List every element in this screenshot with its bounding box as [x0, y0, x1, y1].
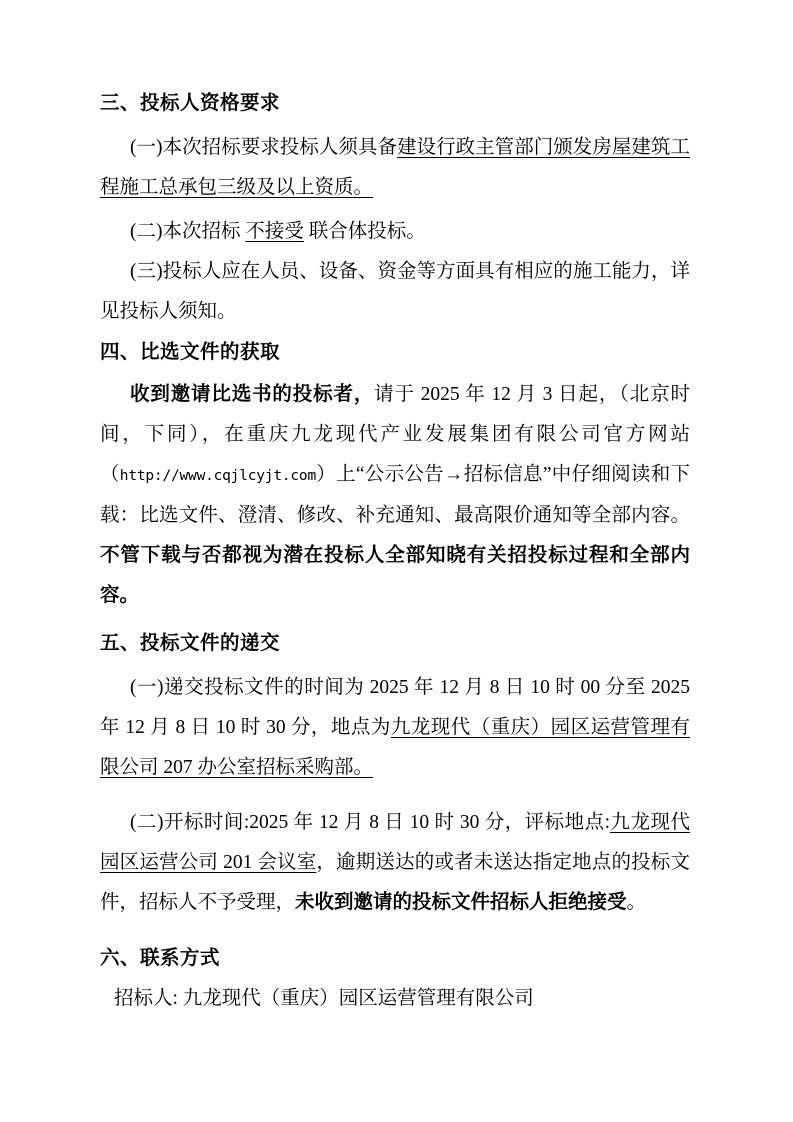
heading-contact-info: 六、联系方式	[100, 939, 690, 979]
text-run: 三、投标人资格要求	[100, 93, 280, 114]
text-run: (一)本次招标要求投标人须具备	[130, 137, 397, 158]
document-page: 三、投标人资格要求 (一)本次招标要求投标人须具备建设行政主管部门颁发房屋建筑工…	[0, 0, 793, 1122]
text-run: 五、投标文件的递交	[100, 633, 280, 654]
text-run: 招标人: 九龙现代（重庆）园区运营管理有限公司	[114, 988, 534, 1009]
para-bid-opening: (二)开标时间:2025 年 12 月 8 日 10 时 30 分，评标地点:九…	[100, 803, 690, 923]
text-run: 未收到邀请的投标文件招标人拒绝接受	[295, 892, 627, 913]
text-run: 四、比选文件的获取	[100, 342, 280, 363]
text-run: (二)本次招标	[130, 221, 245, 242]
para-submission-time-place: (一)递交投标文件的时间为 2025 年 12 月 8 日 10 时 00 分至…	[100, 668, 690, 788]
heading-document-acquisition: 四、比选文件的获取	[100, 333, 690, 373]
text-run: 六、联系方式	[100, 948, 220, 969]
text-run: http://www.cqjlcyjt.com	[120, 468, 316, 484]
heading-bidder-qualification: 三、投标人资格要求	[100, 84, 690, 124]
heading-bid-submission: 五、投标文件的递交	[100, 624, 690, 664]
para-qualification-requirement: (一)本次招标要求投标人须具备建设行政主管部门颁发房屋建筑工程施工总承包三级及以…	[100, 128, 690, 208]
text-run: (二)开标时间:2025 年 12 月 8 日 10 时 30 分，评标地点:	[130, 812, 610, 833]
para-construction-capability: (三)投标人应在人员、设备、资金等方面具有相应的施工能力，详见投标人须知。	[100, 252, 690, 332]
text-run: 联合体投标。	[304, 221, 426, 242]
para-document-acquisition: 收到邀请比选书的投标者，请于 2025 年 12 月 3 日起，（北京时间，下同…	[100, 375, 690, 616]
para-tenderer-name: 招标人: 九龙现代（重庆）园区运营管理有限公司	[100, 979, 690, 1019]
text-run: 不接受	[245, 221, 304, 242]
text-run: (三)投标人应在人员、设备、资金等方面具有相应的施工能力，详见投标人须知。	[100, 261, 690, 322]
para-consortium-bid: (二)本次招标 不接受 联合体投标。	[100, 212, 690, 252]
text-run: 。	[627, 892, 647, 913]
text-run: 收到邀请比选书的投标者，	[130, 384, 374, 405]
text-run: 不管下载与否都视为潜在投标人全部知晓有关招投标过程和全部内容。	[100, 545, 690, 606]
